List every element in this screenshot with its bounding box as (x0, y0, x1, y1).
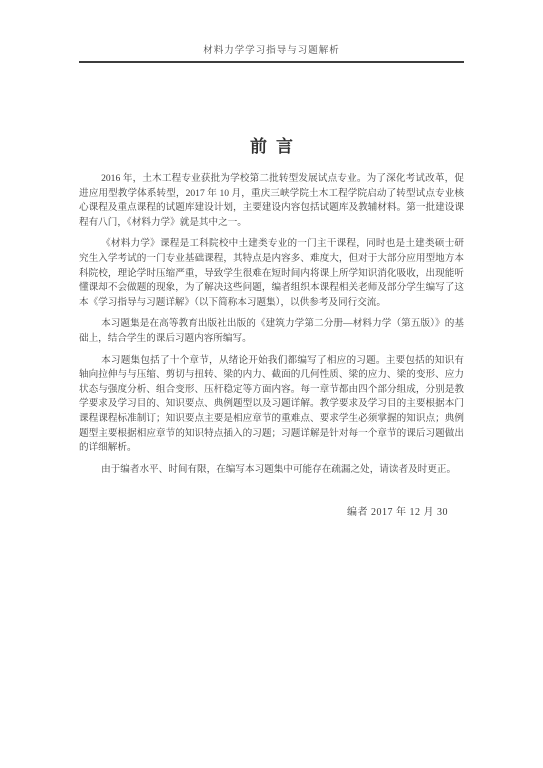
running-title: 材料力学学习指导与习题解析 (203, 46, 340, 56)
page-content: 前言 2016 年，土木工程专业获批为学校第二批转型发展试点专业。为了深化考试改… (79, 132, 464, 518)
paragraph-4: 本习题集包括了十个章节，从绪论开始我们都编写了相应的习题。主要包括的知识有轴向拉… (79, 354, 464, 456)
signature-line: 编者 2017 年 12 月 30 (79, 503, 464, 518)
paragraph-5: 由于编者水平、时间有限，在编写本习题集中可能存在疏漏之处，请读者及时更正。 (79, 463, 464, 478)
paragraph-1: 2016 年，土木工程专业获批为学校第二批转型发展试点专业。为了深化考试改革，促… (79, 172, 464, 230)
page-header: 材料力学学习指导与习题解析 (79, 0, 464, 63)
document-page: 材料力学学习指导与习题解析 前言 2016 年，土木工程专业获批为学校第二批转型… (0, 0, 543, 768)
paragraph-2: 《材料力学》课程是工科院校中土建类专业的一门主干课程，同时也是土建类硕士研究生入… (79, 237, 464, 310)
page-title: 前言 (79, 132, 464, 157)
paragraph-3: 本习题集是在高等教育出版社出版的《建筑力学第二分册—材料力学（第五版）》的基础上… (79, 317, 464, 346)
